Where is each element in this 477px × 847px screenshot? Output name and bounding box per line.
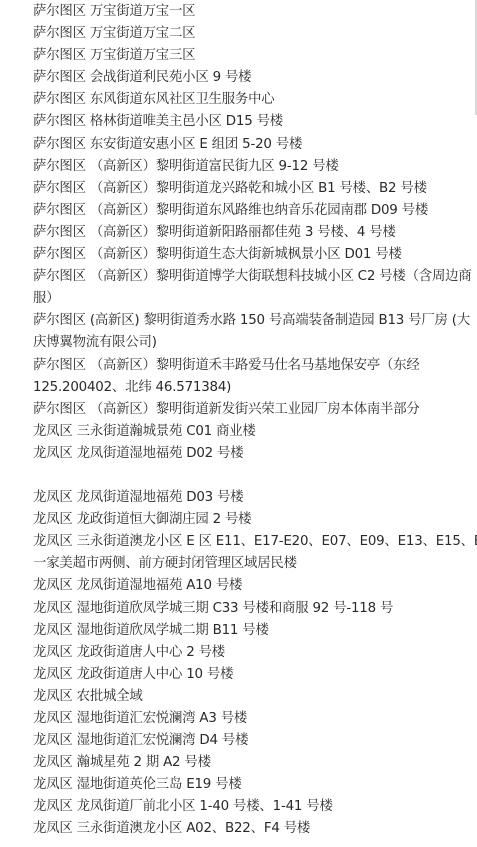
address-line: 萨尔图区 （高新区）黎明街道富民街九区 9-12 号楼 [33, 156, 463, 178]
address-line: 萨尔图区 （高新区）黎明街道博学大街联想科技城小区 C2 号楼（含周边商 [33, 266, 463, 288]
address-line: 龙凤区 瀚城星苑 2 期 A2 号楼 [33, 752, 463, 774]
address-line: 萨尔图区 东风街道东风社区卫生服务中心 [33, 89, 463, 111]
address-line: 龙凤区 三永街道瀚城景苑 C01 商业楼 [33, 421, 463, 443]
address-line: 萨尔图区 格林街道唯美主邑小区 D15 号楼 [33, 111, 463, 133]
address-line: 龙凤区 龙凤街道厂前北小区 1-40 号楼、1-41 号楼 [33, 796, 463, 818]
address-line: 龙凤区 龙政街道恒大御湖庄园 2 号楼 [33, 509, 463, 531]
address-line-continuation: 125.200402、北纬 46.571384) [33, 377, 463, 399]
address-line: 萨尔图区 （高新区）黎明街道龙兴路乾和城小区 B1 号楼、B2 号楼 [33, 178, 463, 200]
address-line: 龙凤区 龙政街道唐人中心 2 号楼 [33, 642, 463, 664]
address-line: 龙凤区 农批城全域 [33, 686, 463, 708]
address-line: 萨尔图区 （高新区）黎明街道新阳路丽都佳苑 3 号楼、4 号楼 [33, 222, 463, 244]
address-line: 萨尔图区 万宝街道万宝二区 [33, 23, 463, 45]
address-line: 萨尔图区 (高新区) 黎明街道秀水路 150 号高端装备制造园 B13 号厂房 … [33, 310, 463, 332]
address-list-document: 萨尔图区 万宝街道万宝一区 萨尔图区 万宝街道万宝二区 萨尔图区 万宝街道万宝三… [33, 1, 463, 841]
address-line: 龙凤区 龙凤街道湿地福苑 A10 号楼 [33, 575, 463, 597]
address-line-continuation: 服） [33, 288, 463, 310]
address-line: 萨尔图区 （高新区）黎明街道禾丰路爱马仕名马基地保安亭（东经 [33, 355, 463, 377]
address-line: 萨尔图区 （高新区）黎明街道东风路维也纳音乐花园南郡 D09 号楼 [33, 200, 463, 222]
address-line: 龙凤区 湿地街道汇宏悦澜湾 A3 号楼 [33, 708, 463, 730]
address-line: 萨尔图区 会战街道利民苑小区 9 号楼 [33, 67, 463, 89]
address-line: 龙凤区 龙政街道唐人中心 10 号楼 [33, 664, 463, 686]
address-line: 龙凤区 湿地街道欣凤学城二期 B11 号楼 [33, 620, 463, 642]
address-line: 龙凤区 龙凤街道湿地福苑 D03 号楼 [33, 487, 463, 509]
address-line-continuation: 庆博翼物流有限公司) [33, 332, 463, 354]
address-line: 龙凤区 三永街道澳龙小区 A02、B22、F4 号楼 [33, 818, 463, 840]
address-line: 龙凤区 龙凤街道湿地福苑 D02 号楼 [33, 443, 463, 465]
address-line: 龙凤区 湿地街道欣凤学城三期 C33 号楼和商服 92 号-118 号 [33, 598, 463, 620]
blank-line [33, 465, 463, 487]
address-line-continuation: 一家美超市两侧、前方硬封闭管理区域居民楼 [33, 553, 463, 575]
address-line: 龙凤区 湿地街道英伦三岛 E19 号楼 [33, 774, 463, 796]
address-line: 萨尔图区 万宝街道万宝三区 [33, 45, 463, 67]
address-line: 萨尔图区 东安街道安惠小区 E 组团 5-20 号楼 [33, 134, 463, 156]
address-line: 萨尔图区 （高新区）黎明街道生态大街新城枫景小区 D01 号楼 [33, 244, 463, 266]
address-line: 龙凤区 三永街道澳龙小区 E 区 E11、E17-E20、E07、E09、E13… [33, 531, 463, 553]
address-line: 萨尔图区 （高新区）黎明街道新发街兴荣工业园厂房本体南半部分 [33, 399, 463, 421]
address-line: 龙凤区 湿地街道汇宏悦澜湾 D4 号楼 [33, 730, 463, 752]
address-line: 萨尔图区 万宝街道万宝一区 [33, 1, 463, 23]
